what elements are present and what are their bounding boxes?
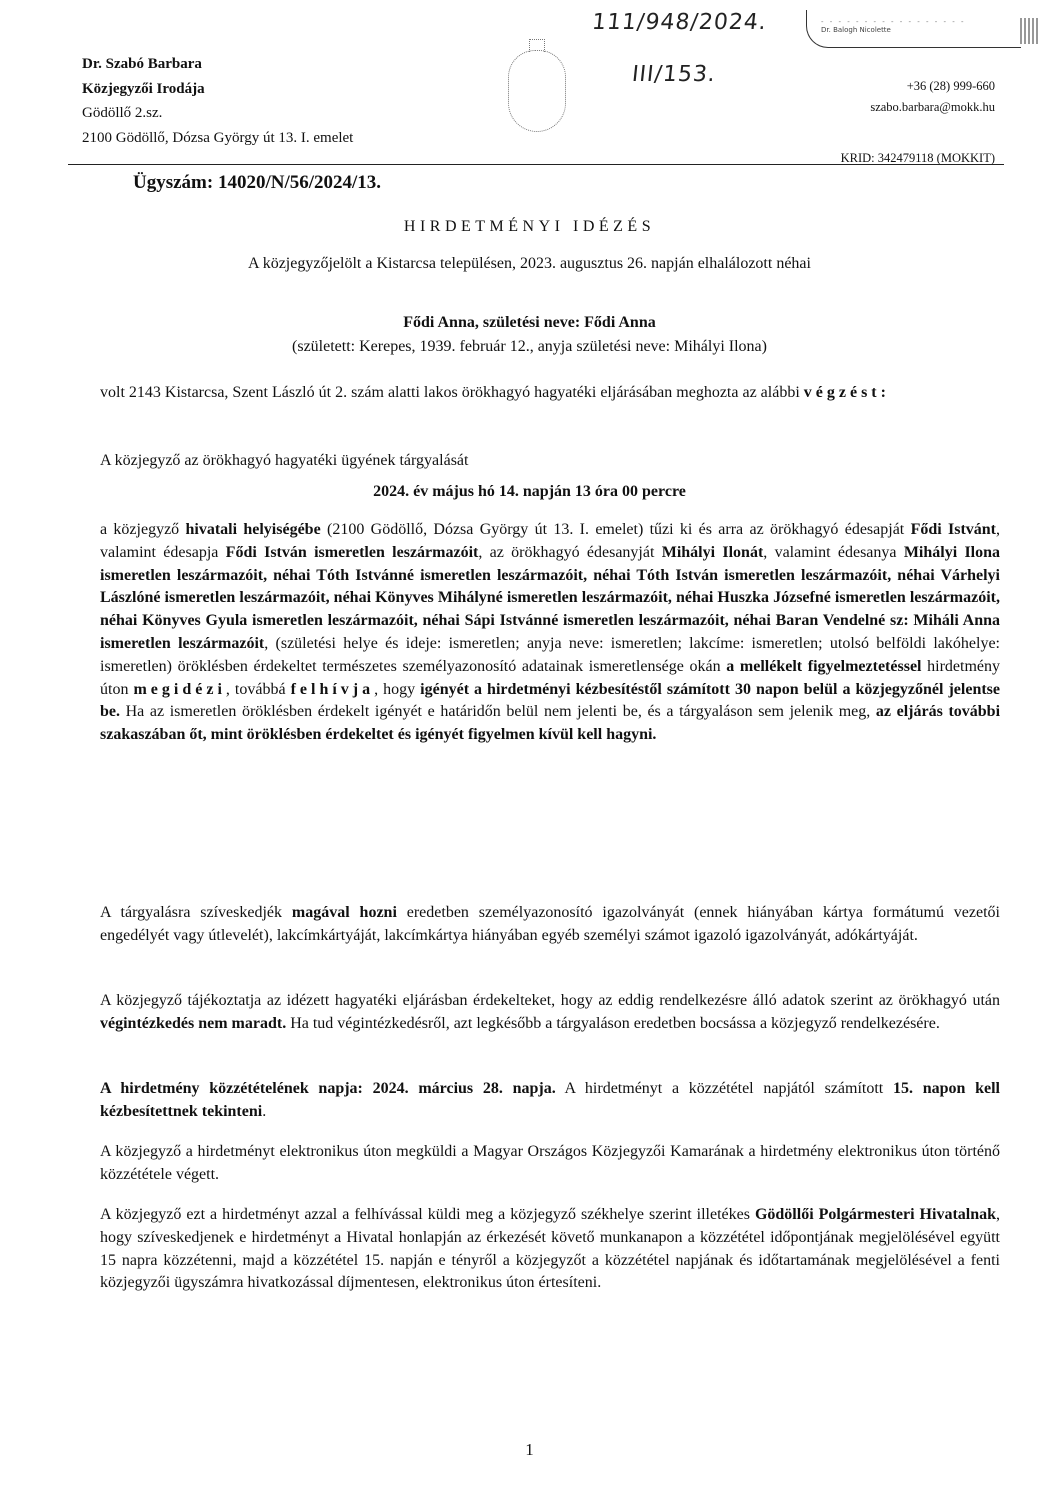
phone-number: +36 (28) 999-660 xyxy=(870,76,995,97)
chamber-paragraph: A közjegyző a hirdetményt elektronikus ú… xyxy=(100,1141,1000,1187)
office-name: Közjegyzői Irodája xyxy=(82,77,353,102)
will-paragraph: A közjegyző tájékoztatja az idézett hagy… xyxy=(100,990,1000,1036)
document-title: HIRDETMÉNYI IDÉZÉS xyxy=(0,218,1059,236)
deceased-name: Fődi Anna, születési neve: Fődi Anna xyxy=(0,314,1059,332)
header-divider xyxy=(68,164,1004,165)
coat-of-arms-icon xyxy=(508,50,566,132)
case-number: Ügyszám: 14020/N/56/2024/13. xyxy=(133,172,381,194)
received-stamp: - - - - - - - - - - - - - - - - - Dr. Ba… xyxy=(806,10,1021,48)
email-address: szabo.barbara@mokk.hu xyxy=(870,97,995,118)
page-number: 1 xyxy=(0,1440,1059,1460)
handwritten-registry-number: 111/948/2024. xyxy=(591,10,768,35)
notary-name: Dr. Szabó Barbara xyxy=(82,52,353,77)
notary-office-header: Dr. Szabó Barbara Közjegyzői Irodája Göd… xyxy=(82,52,353,150)
residence-paragraph: volt 2143 Kistarcsa, Szent László út 2. … xyxy=(100,382,1000,405)
documents-paragraph: A tárgyalásra szíveskedjék magával hozni… xyxy=(100,902,1000,948)
publication-paragraph: A hirdetmény közzétételének napja: 2024.… xyxy=(100,1078,1000,1124)
hearing-date: 2024. év május hó 14. napján 13 óra 00 p… xyxy=(0,483,1059,501)
decision-word: végzést: xyxy=(804,384,890,401)
intro-line: A közjegyzőjelölt a Kistarcsa települése… xyxy=(0,255,1059,273)
handwritten-sub-number: III/153. xyxy=(631,62,718,87)
hearing-intro: A közjegyző az örökhagyó hagyatéki ügyén… xyxy=(100,450,1000,473)
office-seat: Gödöllő 2.sz. xyxy=(82,101,353,126)
stamp-dotted-text: - - - - - - - - - - - - - - - - - xyxy=(821,18,1021,26)
office-address: 2100 Gödöllő, Dózsa György út 13. I. eme… xyxy=(82,126,353,151)
qr-code-icon xyxy=(1020,18,1040,44)
stamp-name: Dr. Balogh Nicolette xyxy=(821,26,1021,34)
contact-block: +36 (28) 999-660 szabo.barbara@mokk.hu xyxy=(870,76,995,118)
municipality-paragraph: A közjegyző ezt a hirdetményt azzal a fe… xyxy=(100,1204,1000,1295)
deceased-details: (született: Kerepes, 1939. február 12., … xyxy=(0,338,1059,356)
summons-paragraph: a közjegyző hivatali helyiségébe (2100 G… xyxy=(100,519,1000,747)
